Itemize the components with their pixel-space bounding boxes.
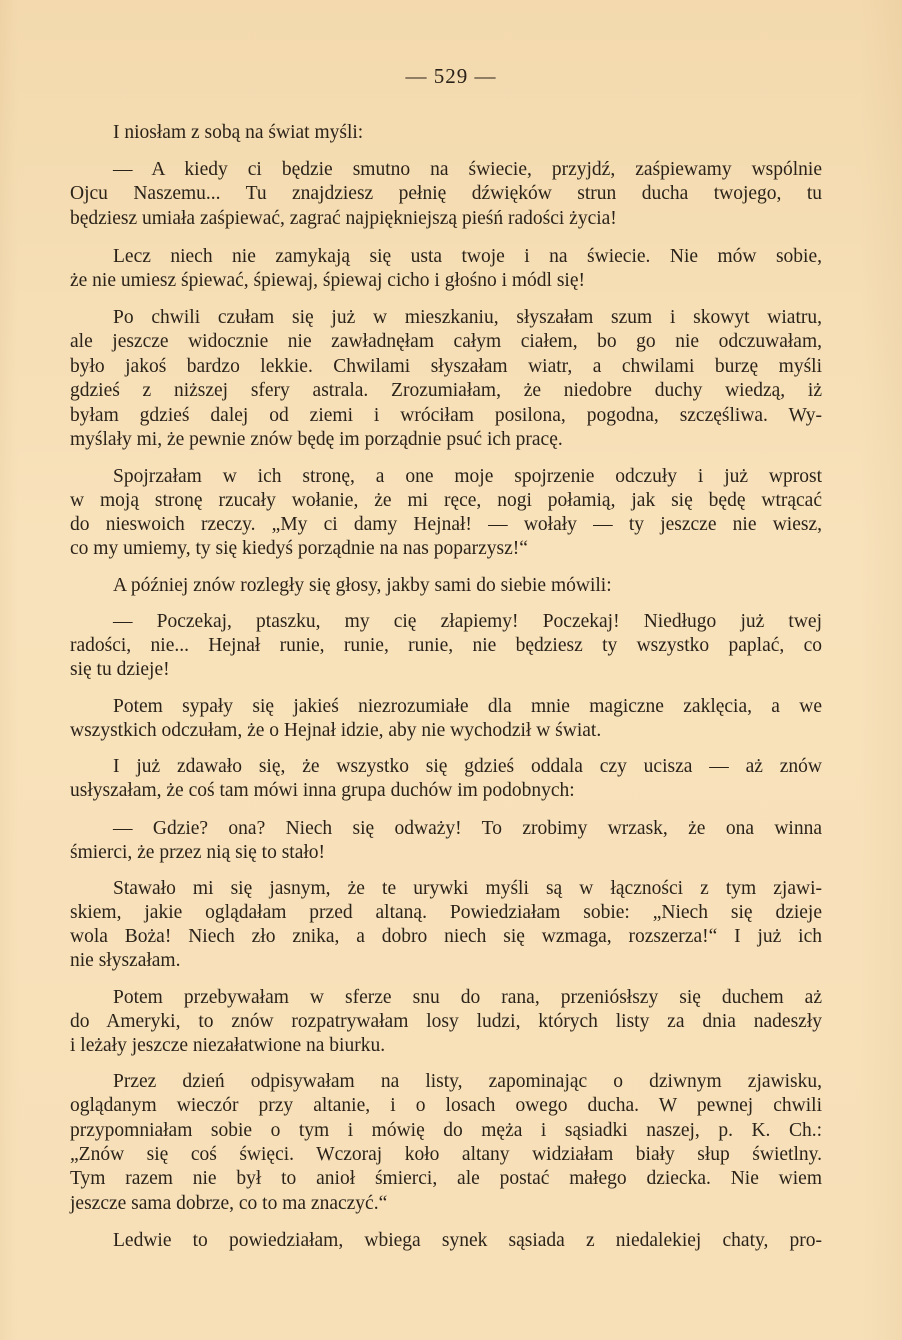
- text-line: będziesz umiała zaśpiewać, zagrać najpię…: [70, 207, 822, 231]
- text-line: skiem, jakie oglądałam przed altaną. Pow…: [70, 901, 822, 925]
- text-line: Spojrzałam w ich stronę, a one moje spoj…: [113, 465, 822, 489]
- text-line: i leżały jeszcze niezałatwione na biurku…: [70, 1034, 822, 1058]
- text-line: ale jeszcze widocznie nie zawładnęłam ca…: [70, 330, 822, 354]
- text-line: Tym razem nie był to anioł śmierci, ale …: [70, 1167, 822, 1191]
- page-number: — 529 —: [0, 64, 902, 89]
- text-line: Ledwie to powiedziałam, wbiega synek sąs…: [113, 1229, 822, 1253]
- text-line: usłyszałam, że coś tam mówi inna grupa d…: [70, 779, 822, 803]
- text-line: Ojcu Naszemu... Tu znajdziesz pełnię dźw…: [70, 182, 822, 206]
- text-line: A później znów rozległy się głosy, jakby…: [113, 574, 822, 598]
- text-line: Potem sypały się jakieś niezrozumiałe dl…: [113, 695, 822, 719]
- text-line: się tu dzieje!: [70, 658, 822, 682]
- text-line: Lecz niech nie zamykają się usta twoje i…: [113, 245, 822, 269]
- text-line: oglądanym wieczór przy altanie, i o losa…: [70, 1094, 822, 1118]
- text-line: wszystkich odczułam, że o Hejnał idzie, …: [70, 719, 822, 743]
- text-line: w moją stronę rzucały wołanie, że mi ręc…: [70, 489, 822, 513]
- text-line: I niosłam z sobą na świat myśli:: [113, 121, 822, 145]
- text-line: — Gdzie? ona? Niech się odważy! To zrobi…: [113, 817, 822, 841]
- text-line: do Ameryki, to znów rozpatrywałam losy l…: [70, 1010, 822, 1034]
- text-line: co my umiemy, ty się kiedyś porządnie na…: [70, 537, 822, 561]
- text-line: I już zdawało się, że wszystko się gdzie…: [113, 755, 822, 779]
- text-line: — A kiedy ci będzie smutno na świecie, p…: [113, 158, 822, 182]
- text-line: Po chwili czułam się już w mieszkaniu, s…: [113, 306, 822, 330]
- text-line: Potem przebywałam w sferze snu do rana, …: [113, 986, 822, 1010]
- text-line: Stawało mi się jasnym, że te urywki myśl…: [113, 877, 822, 901]
- text-line: Przez dzień odpisywałam na listy, zapomi…: [113, 1070, 822, 1094]
- text-line: śmierci, że przez nią się to stało!: [70, 841, 822, 865]
- text-line: myślały mi, że pewnie znów będę im porzą…: [70, 428, 822, 452]
- text-line: gdzieś z niższej sfery astrala. Zrozumia…: [70, 379, 822, 403]
- text-line: „Znów się coś święci. Wczoraj koło altan…: [70, 1143, 822, 1167]
- text-line: byłam gdzieś dalej od ziemi i wróciłam p…: [70, 404, 822, 428]
- text-line: wola Boża! Niech zło znika, a dobro niec…: [70, 925, 822, 949]
- text-line: przypomniałam sobie o tym i mówię do męż…: [70, 1119, 822, 1143]
- text-line: nie słyszałam.: [70, 949, 822, 973]
- text-line: — Poczekaj, ptaszku, my cię złapiemy! Po…: [113, 610, 822, 634]
- text-line: jeszcze sama dobrze, co to ma znaczyć.“: [70, 1192, 822, 1216]
- text-line: do nieswoich rzeczy. „My ci damy Hejnał!…: [70, 513, 822, 537]
- text-line: radości, nie... Hejnał runie, runie, run…: [70, 634, 822, 658]
- text-line: że nie umiesz śpiewać, śpiewaj, śpiewaj …: [70, 269, 822, 293]
- book-page: — 529 — I niosłam z sobą na świat myśli:…: [0, 0, 902, 1340]
- text-line: było jakoś bardzo lekkie. Chwilami słysz…: [70, 355, 822, 379]
